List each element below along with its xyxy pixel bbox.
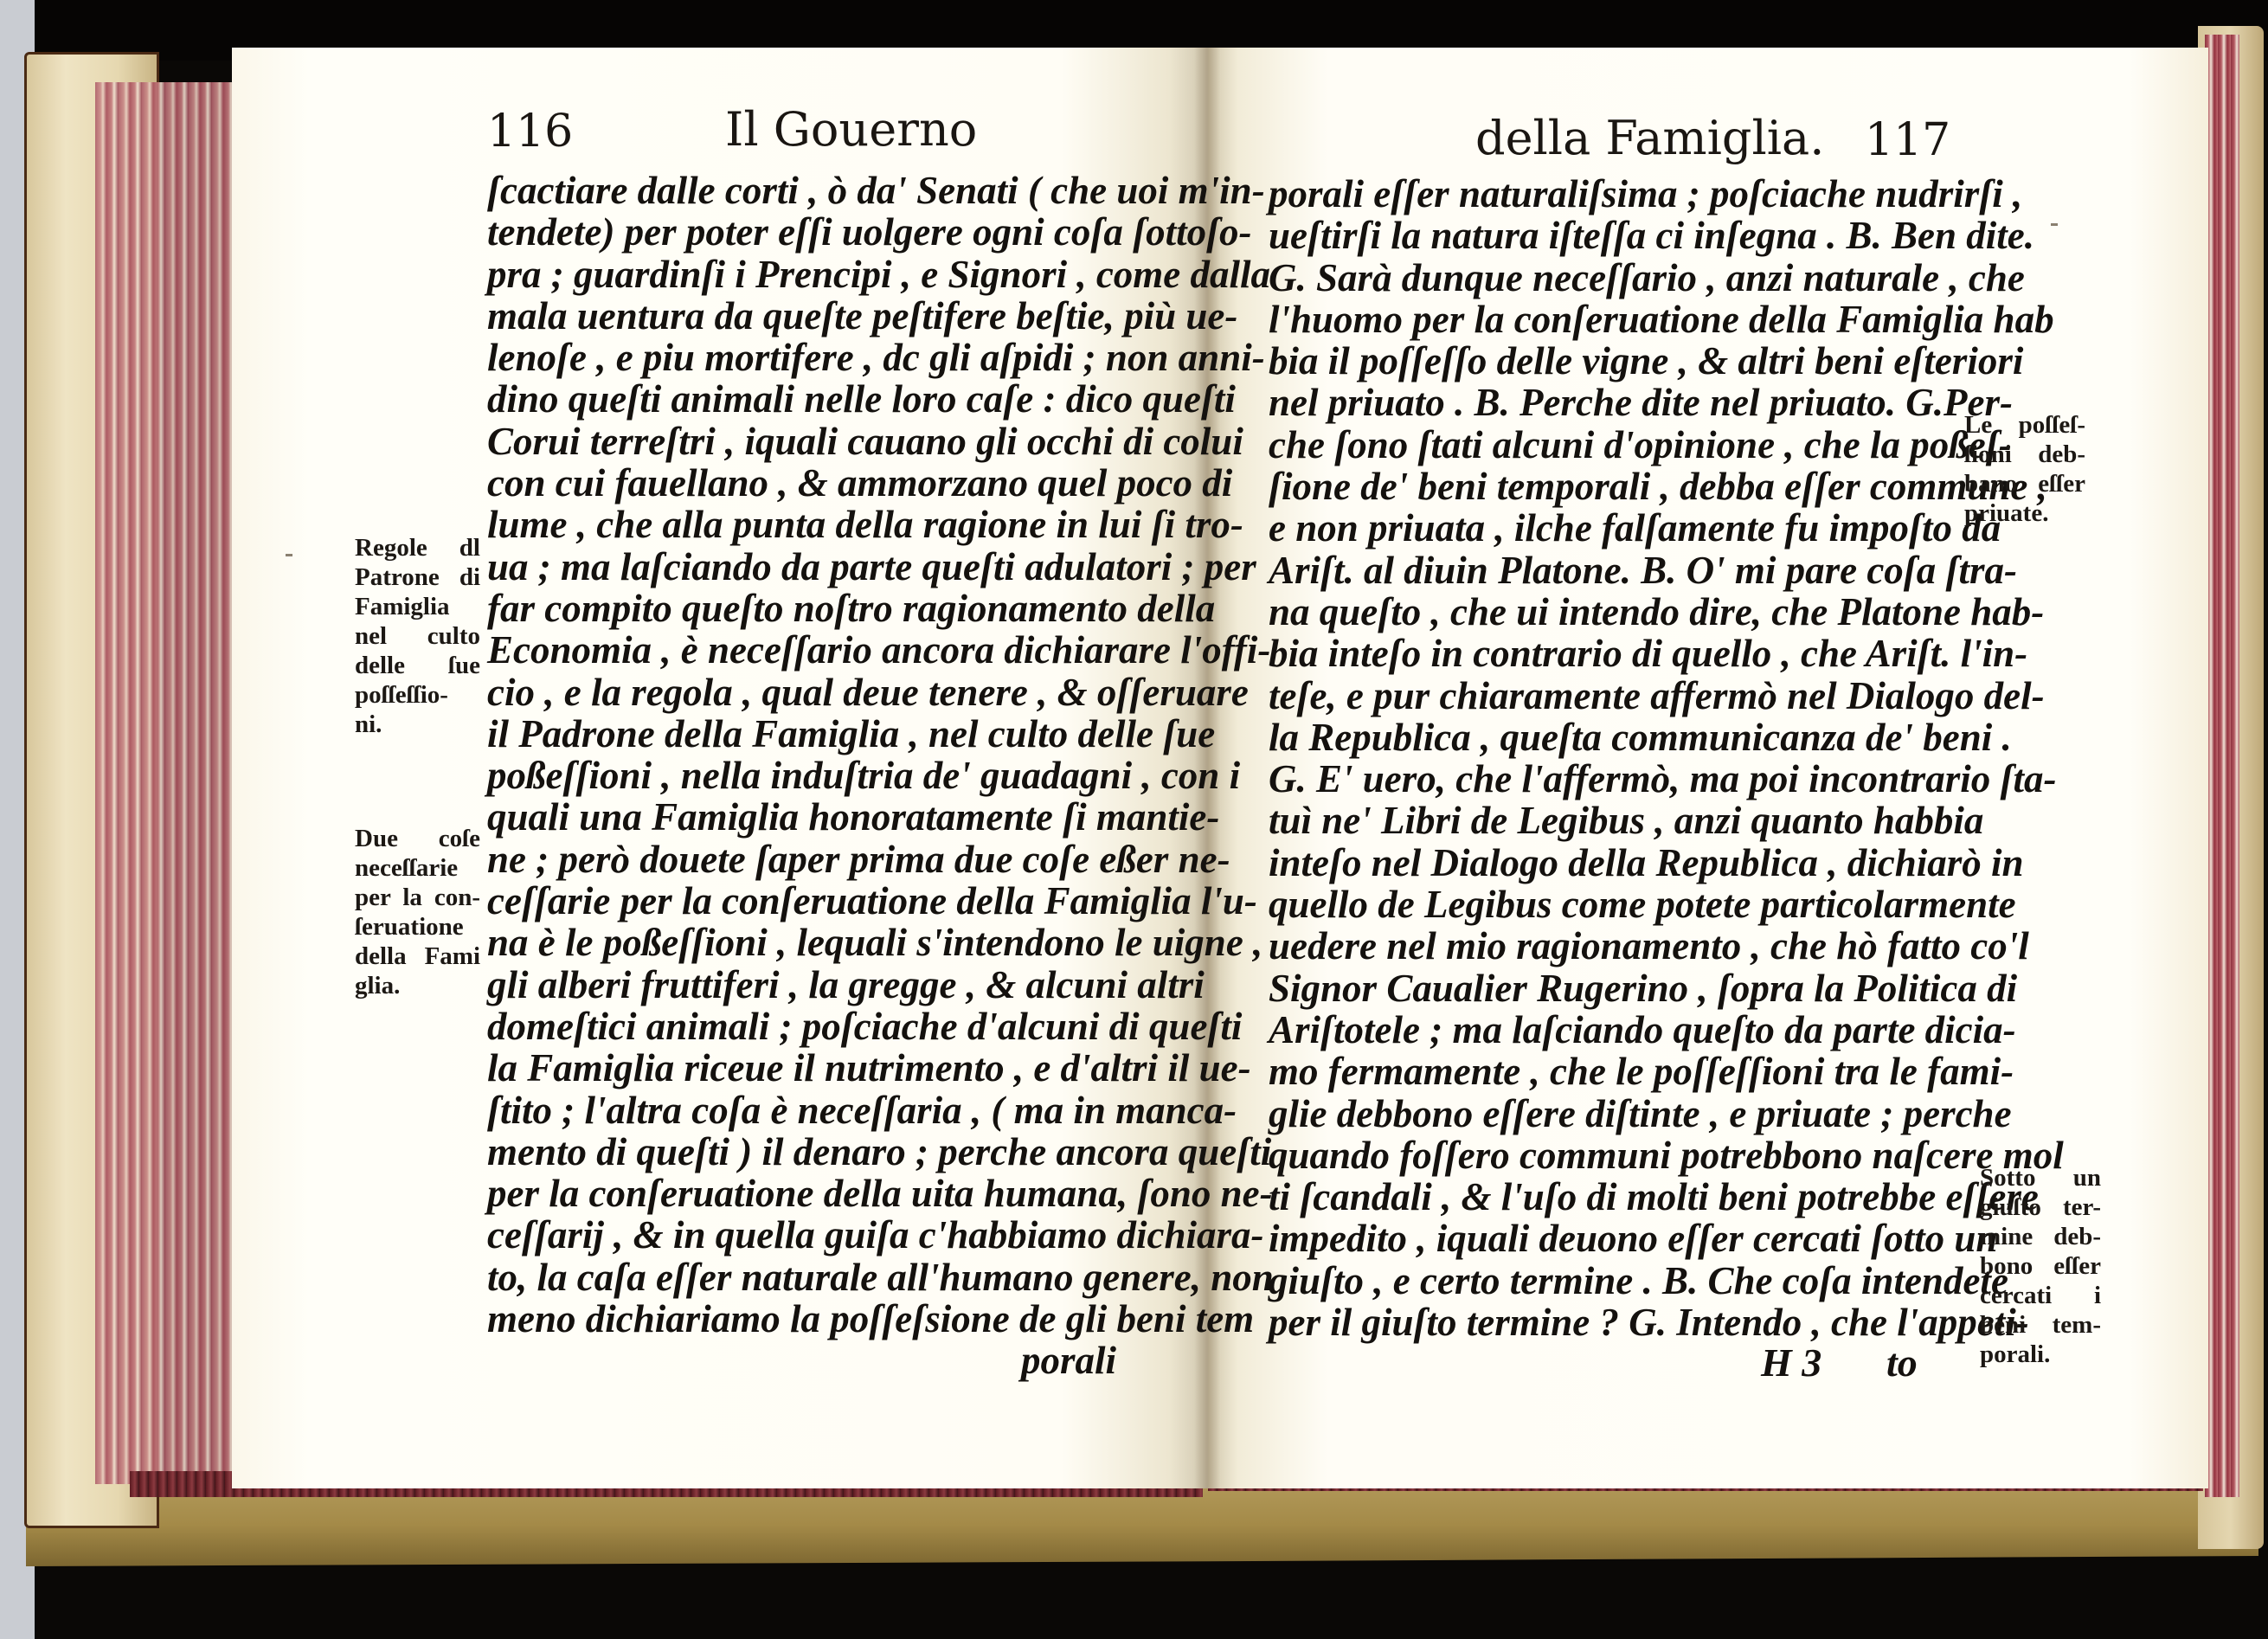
page-edges-left: [95, 82, 234, 1484]
margin-note-line: ſioni deb-: [1964, 440, 2085, 469]
margin-note-line: Le poſſeſ-: [1964, 410, 2085, 440]
text-line: cio , e la regola , qual deue tenere , &…: [487, 672, 1171, 713]
margin-note-line: Famiglia: [355, 592, 480, 621]
text-line: ceſſarie per la conſeruatione della Fami…: [487, 880, 1171, 922]
left-margin-note-regole: Regole dlPatrone diFamiglianel cultodell…: [355, 533, 480, 739]
margin-note-line: nel culto: [355, 621, 480, 651]
right-catchword: to: [1886, 1340, 1918, 1385]
text-line: tuì ne' Libri de Legibus , anzi quanto h…: [1269, 800, 1959, 841]
text-line: ti ſcandali , & l'uſo di molti beni potr…: [1269, 1176, 1959, 1218]
text-line: inteſo nel Dialogo della Republica , dic…: [1269, 842, 1959, 884]
text-line: quando foſſero communi potrebbono naſcer…: [1269, 1134, 1959, 1176]
text-line: na queſto , che ui intendo dire, che Pla…: [1269, 591, 1959, 633]
text-line: con cui fauellano , & ammorzano quel poc…: [487, 462, 1171, 504]
text-line: bia inteſo in contrario di quello , che …: [1269, 633, 1959, 674]
text-line: lume , che alla punta della ragione in l…: [487, 504, 1171, 545]
text-line: lenoſe , e piu mortifere , dc gli aſpidi…: [487, 337, 1171, 378]
text-line: impedito , iquali deuono eſſer cercati ſ…: [1269, 1218, 1959, 1259]
text-line: Ariſt. al diuin Platone. B. O' mi pare c…: [1269, 550, 1959, 591]
margin-note-line: ſeruatione: [355, 912, 480, 942]
paper-speck: [286, 554, 292, 556]
text-line: l'huomo per la conſeruatione della Famig…: [1269, 299, 1959, 340]
right-margin-note-sotto-un: Sotto ungiuſto ter-mine deb-bono eſſerce…: [1980, 1163, 2101, 1369]
text-line: la Famiglia riceue il nutrimento , e d'a…: [487, 1047, 1171, 1089]
text-line: mala uentura da queſte peſtifere beſtie,…: [487, 295, 1171, 337]
text-line: per il giuſto termine ? G. Intendo , che…: [1269, 1302, 1959, 1343]
left-margin-note-due-cose: Due coſeneceſſarieper la con-ſeruationed…: [355, 824, 480, 1000]
margin-note-line: mine deb-: [1980, 1222, 2101, 1251]
paper-speck: [2051, 223, 2058, 226]
text-line: glie debbono eſſere diſtinte , e priuate…: [1269, 1093, 1959, 1134]
text-line: uedere nel mio ragionamento , che hò fat…: [1269, 925, 1959, 967]
margin-note-line: neceſſarie: [355, 853, 480, 883]
text-line: nel priuato . B. Perche dite nel priuato…: [1269, 382, 1959, 423]
text-line: ueſtirſi la natura iſteſſa ci inſegna . …: [1269, 215, 1959, 256]
margin-note-line: giuſto ter-: [1980, 1192, 2101, 1222]
text-line: ceſſarij , & in quella guiſa c'habbiamo …: [487, 1214, 1171, 1256]
margin-note-line: Regole dl: [355, 533, 480, 562]
text-line: ne ; però douete ſaper prima due coſe eß…: [487, 839, 1171, 880]
margin-note-line: glia.: [355, 971, 480, 1000]
text-line: Signor Caualier Rugerino , ſopra la Poli…: [1269, 967, 1959, 1009]
left-catchword: porali: [1021, 1340, 1116, 1381]
text-line: meno dichiariamo la poſſeſsione de gli b…: [487, 1298, 1171, 1340]
text-line: ſtito ; l'altra coſa è neceſſaria , ( ma…: [487, 1089, 1171, 1131]
text-line: porali eſſer naturaliſsima ; poſciache n…: [1269, 173, 1959, 215]
margin-note-line: porali.: [1980, 1340, 2101, 1369]
text-line: e non priuata , ilche falſamente fu impo…: [1269, 507, 1959, 549]
margin-note-line: beni tem-: [1980, 1310, 2101, 1340]
text-line: il Padrone della Famiglia , nel culto de…: [487, 713, 1171, 755]
margin-note-line: bono eſſer: [1980, 1251, 2101, 1281]
text-line: to, la caſa eſſer naturale all'humano ge…: [487, 1257, 1171, 1298]
text-line: Economia , è neceſſario ancora dichiarar…: [487, 629, 1171, 671]
margin-note-line: bano eſſer: [1964, 469, 2085, 498]
margin-note-line: Patrone di: [355, 562, 480, 592]
text-line: domeſtici animali ; poſciache d'alcuni d…: [487, 1006, 1171, 1047]
text-line: mo fermamente , che le poſſeſſioni tra l…: [1269, 1051, 1959, 1092]
margin-note-line: Sotto un: [1980, 1163, 2101, 1192]
margin-note-line: ni.: [355, 710, 480, 739]
margin-note-line: della Fami: [355, 942, 480, 971]
right-folio-number: 117: [1865, 114, 1950, 166]
text-line: bia il poſſeſſo delle vigne , & altri be…: [1269, 340, 1959, 382]
text-line: G. Sarà dunque neceſſario , anzi natural…: [1269, 257, 1959, 299]
margin-note-line: cercati i: [1980, 1281, 2101, 1310]
text-line: per la conſeruatione della uita humana, …: [487, 1173, 1171, 1214]
left-folio-number: 116: [487, 106, 573, 157]
text-line: G. E' uero, che l'affermò, ma poi incont…: [1269, 758, 1959, 800]
text-line: ua ; ma laſciando da parte queſti adulat…: [487, 546, 1171, 588]
text-line: Ariſtotele ; ma laſciando queſto da part…: [1269, 1009, 1959, 1051]
left-running-head: Il Gouerno: [725, 104, 977, 156]
text-line: tendete) per poter eſſi uolgere ogni coſ…: [487, 211, 1171, 253]
margin-note-line: delle ſue: [355, 651, 480, 680]
text-line: che ſono ſtati alcuni d'opinione , che l…: [1269, 424, 1959, 466]
text-line: teſe, e pur chiaramente affermò nel Dial…: [1269, 675, 1959, 717]
text-line: giuſto , e certo termine . B. Che coſa i…: [1269, 1260, 1959, 1302]
text-line: quello de Legibus come potete particolar…: [1269, 884, 1959, 925]
text-line: pra ; guardinſi i Prencipi , e Signori ,…: [487, 254, 1171, 295]
signature-mark: H 3: [1761, 1340, 1821, 1385]
margin-note-line: poſſeſſio-: [355, 680, 480, 710]
right-margin-note-possessioni: Le poſſeſ-ſioni deb-bano eſſerpriuate.: [1964, 410, 2085, 528]
text-line: ſcactiare dalle corti , ò da' Senati ( c…: [487, 170, 1171, 211]
text-line: ſione de' beni temporali , debba eſſer c…: [1269, 466, 1959, 507]
right-running-head: della Famiglia.: [1475, 112, 1824, 164]
text-line: mento di queſti ) il denaro ; perche anc…: [487, 1131, 1171, 1173]
margin-note-line: priuate.: [1964, 498, 2085, 528]
right-body-text: porali eſſer naturaliſsima ; poſciache n…: [1269, 173, 1959, 1343]
page-edges-right: [2205, 35, 2239, 1497]
text-line: poßeſſioni , nella induſtria de' guadagn…: [487, 755, 1171, 796]
text-line: dino queſti animali nelle loro caſe : di…: [487, 378, 1171, 420]
margin-note-line: Due coſe: [355, 824, 480, 853]
text-line: quali una Famiglia honoratamente ſi mant…: [487, 796, 1171, 838]
text-line: gli alberi fruttiferi , la gregge , & al…: [487, 964, 1171, 1006]
text-line: far compito queſto noſtro ragionamento d…: [487, 588, 1171, 629]
text-line: na è le poßeſſioni , lequali s'intendono…: [487, 922, 1171, 963]
text-line: la Republica , queſta communicanza de' b…: [1269, 717, 1959, 758]
left-body-text: ſcactiare dalle corti , ò da' Senati ( c…: [487, 170, 1171, 1340]
margin-note-line: per la con-: [355, 883, 480, 912]
text-line: Corui terreſtri , iquali cauano gli occh…: [487, 421, 1171, 462]
